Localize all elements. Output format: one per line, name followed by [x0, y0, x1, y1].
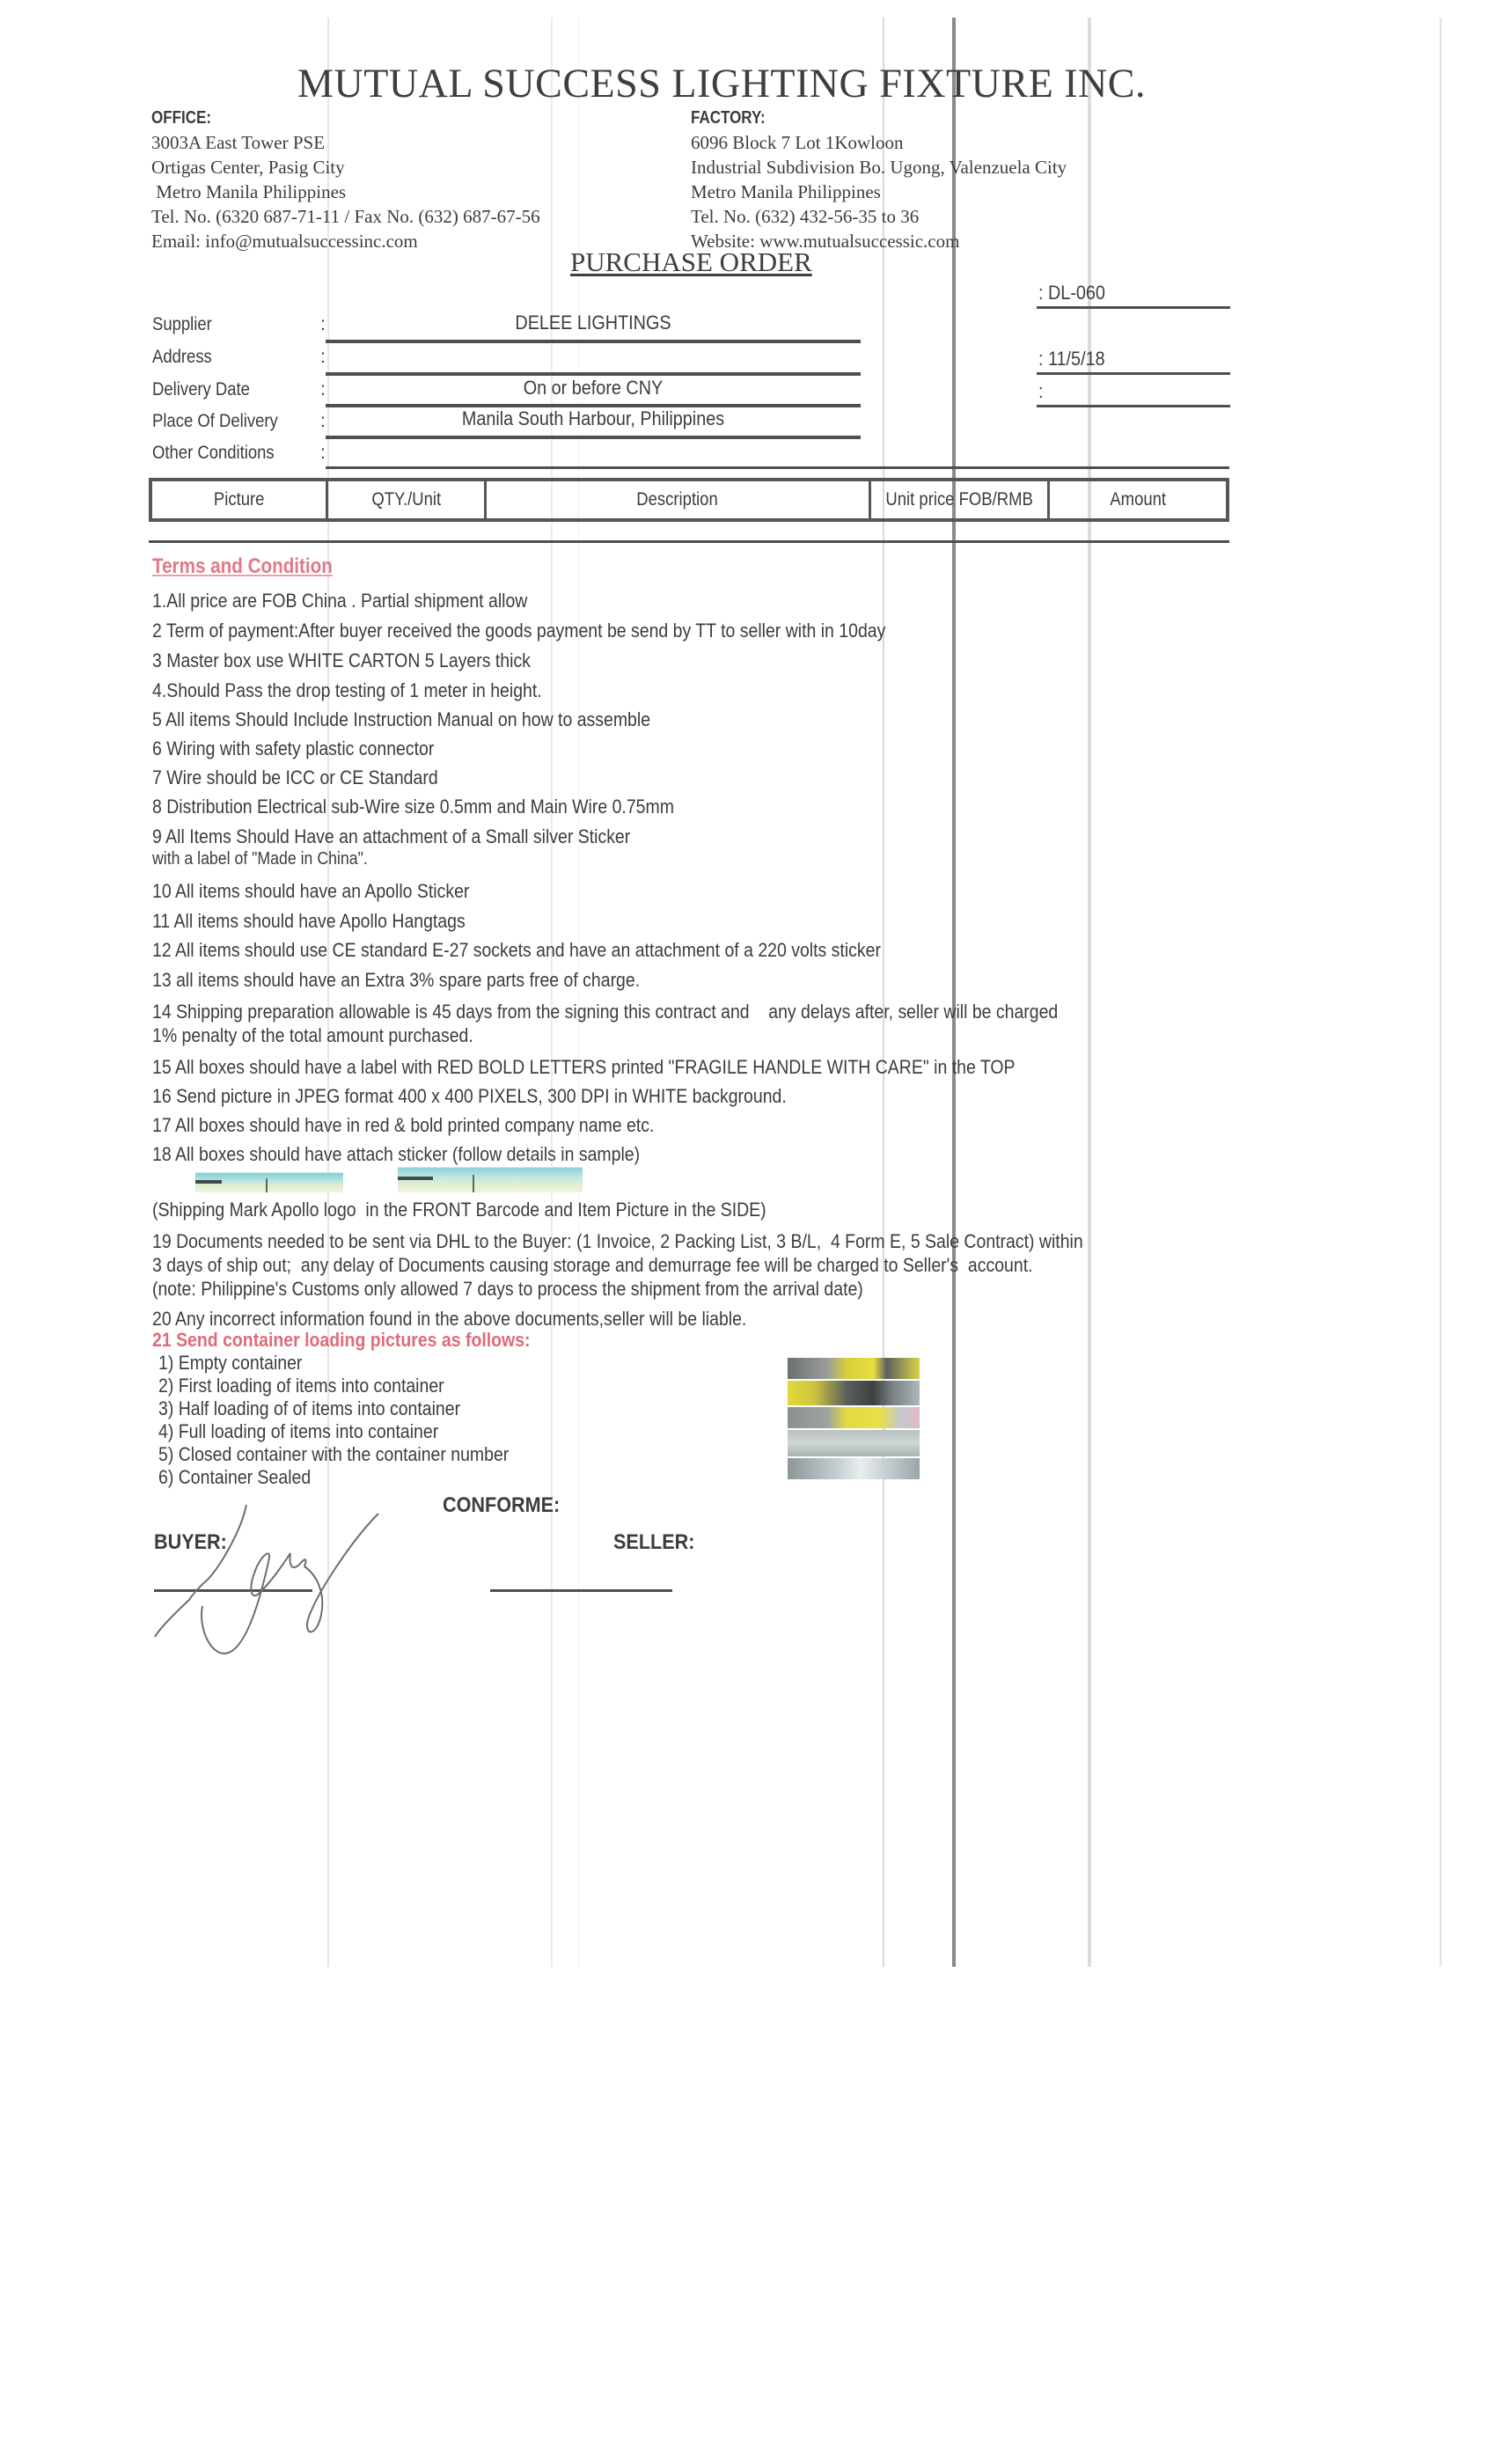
scan-artifact-line: [883, 18, 884, 1967]
seller-label: SELLER:: [613, 1530, 694, 1555]
term-item: 6 Wiring with safety plastic connector: [152, 737, 434, 760]
loading-picture-step: 1) Empty container: [158, 1352, 302, 1375]
term-item: 12 All items should use CE standard E-27…: [152, 939, 881, 962]
scan-artifact-line: [327, 18, 329, 1967]
scan-artifact-line: [1088, 18, 1091, 1967]
field-underline: [326, 340, 861, 343]
field-label-address: Address: [152, 347, 212, 368]
factory-phone: Tel. No. (632) 432-56-35 to 36: [691, 204, 1067, 229]
field-label-delivery-date: Delivery Date: [152, 379, 250, 400]
term-item: 19 Documents needed to be sent via DHL t…: [152, 1230, 1083, 1253]
office-line: Metro Manila Philippines: [151, 180, 540, 204]
field-colon: :: [320, 411, 326, 432]
term-item: 1.All price are FOB China . Partial ship…: [152, 590, 527, 612]
column-header-description: Description: [487, 481, 871, 518]
document-title: PURCHASE ORDER: [570, 246, 812, 278]
scan-artifact-line: [551, 18, 553, 1967]
field-colon: :: [320, 379, 326, 400]
loading-picture-step: 5) Closed container with the container n…: [158, 1443, 509, 1466]
shipping-mark-sample-image: [195, 1172, 343, 1192]
shipping-mark-note: (Shipping Mark Apollo logo in the FRONT …: [152, 1199, 766, 1221]
term-item: 20 Any incorrect information found in th…: [152, 1308, 746, 1331]
term-item: 18 All boxes should have attach sticker …: [152, 1143, 640, 1166]
po-date-underline: [1037, 372, 1230, 375]
field-label-place-of-delivery: Place Of Delivery: [152, 411, 278, 432]
term-item: 11 All items should have Apollo Hangtags: [152, 910, 466, 933]
field-colon: :: [320, 443, 326, 464]
term-item: 15 All boxes should have a label with RE…: [152, 1056, 1016, 1079]
term-item: 4.Should Pass the drop testing of 1 mete…: [152, 679, 542, 702]
term-item: 9 All Items Should Have an attachment of…: [152, 825, 630, 848]
office-heading: OFFICE:: [151, 106, 481, 130]
po-date: : 11/5/18: [1038, 348, 1105, 370]
term-item: 7 Wire should be ICC or CE Standard: [152, 766, 438, 789]
term-item: 5 All items Should Include Instruction M…: [152, 708, 650, 731]
field-label-other-conditions: Other Conditions: [152, 443, 275, 464]
company-name: MUTUAL SUCCESS LIGHTING FIXTURE INC.: [297, 60, 1146, 107]
factory-line: Industrial Subdivision Bo. Ugong, Valenz…: [691, 155, 1067, 180]
seller-signature-line: [490, 1589, 672, 1592]
column-header-amount: Amount: [1050, 481, 1226, 518]
field-value-place-of-delivery: Manila South Harbour, Philippines: [352, 407, 833, 430]
term-item-21-heading: 21 Send container loading pictures as fo…: [152, 1329, 531, 1352]
field-value-delivery-date: On or before CNY: [352, 377, 833, 400]
loading-picture-step: 4) Full loading of items into container: [158, 1420, 438, 1443]
field-label-supplier: Supplier: [152, 314, 212, 335]
term-item: 17 All boxes should have in red & bold p…: [152, 1114, 654, 1137]
po-extra-field: :: [1038, 380, 1044, 403]
term-item: 14 Shipping preparation allowable is 45 …: [152, 1001, 1058, 1023]
table-bottom-rule: [149, 540, 1229, 543]
office-line: Ortigas Center, Pasig City: [151, 155, 540, 180]
field-underline: [326, 436, 861, 439]
items-table-header: Picture QTY./Unit Description Unit price…: [149, 478, 1229, 522]
shipping-mark-sample-image: [398, 1167, 583, 1192]
scan-artifact-line: [952, 18, 956, 1967]
conforme-label: CONFORME:: [443, 1493, 560, 1518]
term-item: 3 Master box use WHITE CARTON 5 Layers t…: [152, 649, 531, 672]
field-underline: [326, 372, 861, 376]
po-number-underline: [1037, 306, 1230, 309]
term-item: 16 Send picture in JPEG format 400 x 400…: [152, 1085, 787, 1108]
column-header-qty-unit: QTY./Unit: [328, 481, 487, 518]
column-header-unit-price: Unit price FOB/RMB: [871, 481, 1050, 518]
term-item: 2 Term of payment:After buyer received t…: [152, 620, 885, 642]
office-phone: Tel. No. (6320 687-71-11 / Fax No. (632)…: [151, 204, 540, 229]
term-item-continued: 1% penalty of the total amount purchased…: [152, 1024, 473, 1047]
term-item: 8 Distribution Electrical sub-Wire size …: [152, 796, 674, 818]
field-value-supplier: DELEE LIGHTINGS: [352, 312, 833, 334]
term-item-continued: 3 days of ship out; any delay of Documen…: [152, 1254, 1033, 1277]
office-email: Email: info@mutualsuccessinc.com: [151, 229, 540, 253]
field-colon: :: [320, 314, 326, 335]
column-header-picture: Picture: [152, 481, 328, 518]
term-item-continued: with a label of "Made in China".: [152, 849, 368, 869]
factory-line: 6096 Block 7 Lot 1Kowloon: [691, 130, 1067, 155]
office-address-block: OFFICE: 3003A East Tower PSE Ortigas Cen…: [151, 106, 540, 253]
field-colon: :: [320, 347, 326, 368]
po-number: : DL-060: [1038, 282, 1105, 304]
factory-line: Metro Manila Philippines: [691, 180, 1067, 204]
loading-picture-step: 2) First loading of items into container: [158, 1375, 444, 1397]
factory-address-block: FACTORY: 6096 Block 7 Lot 1Kowloon Indus…: [691, 106, 1067, 253]
buyer-signature: [150, 1496, 431, 1663]
loading-picture-step: 3) Half loading of of items into contain…: [158, 1397, 460, 1420]
term-item-note: (note: Philippine's Customs only allowed…: [152, 1278, 863, 1301]
term-item: 13 all items should have an Extra 3% spa…: [152, 969, 640, 992]
terms-title: Terms and Condition: [152, 554, 333, 579]
factory-heading: FACTORY:: [691, 106, 1010, 130]
office-line: 3003A East Tower PSE: [151, 130, 540, 155]
loading-picture-step: 6) Container Sealed: [158, 1466, 311, 1489]
term-item: 10 All items should have an Apollo Stick…: [152, 880, 469, 903]
po-extra-underline: [1037, 405, 1230, 407]
container-loading-photos: [788, 1358, 920, 1479]
scan-artifact-line: [1440, 18, 1441, 1967]
scan-artifact-line: [578, 18, 579, 1967]
field-underline: [326, 466, 1229, 469]
